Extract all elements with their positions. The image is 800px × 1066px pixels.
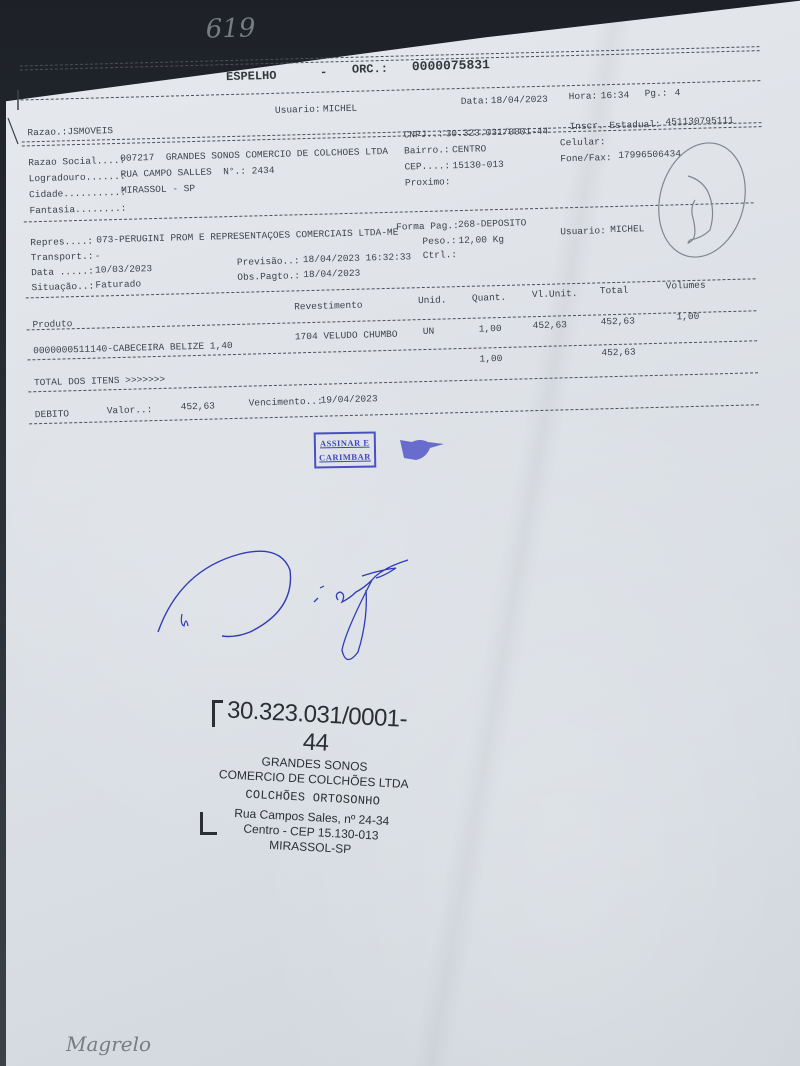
totals-total: 452,63	[601, 346, 635, 358]
inscr-estadual-value: 451130795111	[665, 115, 734, 128]
cnpj-value: 30.323.031/0001-44	[446, 126, 549, 140]
col-revestimento: Revestimento	[294, 300, 363, 313]
payment-type: DEBITO	[35, 408, 69, 420]
margin-pen-mark	[4, 88, 28, 148]
table-header-rule	[27, 310, 757, 330]
inscr-estadual-label: Inscr. Estadual:	[569, 119, 660, 132]
previsao-label: Previsão..:	[237, 255, 300, 268]
col-unid: Unid.	[418, 294, 447, 306]
stamp-cnpj: 30.323.031/0001-44	[215, 696, 418, 762]
cnpj-label: CNPJ..:	[404, 128, 444, 140]
col-vl-unit: Vl.Unit.	[532, 288, 578, 300]
col-total: Total	[600, 285, 629, 297]
vencimento-value: 19/04/2023	[320, 393, 377, 405]
usuario-value: MICHEL	[323, 103, 357, 115]
handwritten-number: 619	[205, 13, 255, 44]
cell-volumes: 1,00	[676, 311, 699, 323]
cell-total: 452,63	[600, 315, 634, 327]
transport-value: -	[95, 250, 101, 261]
celular-label: Celular:	[560, 136, 606, 148]
order-usuario-value: MICHEL	[610, 223, 644, 235]
cell-revestimento: 1704 VELUDO CHUMBO	[295, 329, 398, 343]
printed-document: 619 ESPELHO - ORC.: 0000075831 Usuario: …	[0, 0, 800, 1066]
cell-vl-unit: 452,63	[533, 319, 567, 331]
situacao-value: Faturado	[95, 278, 141, 290]
hora-value: 16:34	[601, 90, 630, 102]
company-stamp: 30.323.031/0001-44 GRANDES SONOS COMERCI…	[210, 696, 418, 860]
bairro-label: Bairro.:	[404, 144, 450, 156]
assinar-carimbar-stamp: ASSINAR E CARIMBAR	[314, 431, 376, 468]
data-label: Data:	[461, 95, 490, 107]
cep-value: 15130-013	[452, 159, 504, 171]
bairro-value: CENTRO	[452, 143, 486, 155]
stamp-line-1: ASSINAR E	[319, 436, 371, 451]
order-data-label: Data .....:	[31, 266, 94, 279]
peso-label: Peso.:	[422, 235, 456, 247]
order-data-value: 10/03/2023	[95, 263, 152, 275]
cidade-label: Cidade..........:	[29, 187, 126, 201]
pg-value: 4	[675, 87, 681, 98]
previsao-value: 18/04/2023 16:32:33	[303, 251, 412, 265]
cell-quant: 1,00	[479, 323, 502, 335]
valor-label: Valor..:	[107, 404, 153, 416]
handwritten-note-bottom: Magrelo	[66, 1032, 151, 1056]
fantasia-label: Fantasia........:	[29, 203, 126, 217]
razao-social-value: 007217 GRANDES SONOS COMERCIO DE COLCHOE…	[120, 146, 388, 164]
cidade-value: MIRASSOL - SP	[121, 183, 195, 196]
proximo-label: Proximo:	[405, 176, 451, 188]
repres-label: Repres....:	[30, 236, 93, 249]
order-rule	[24, 202, 754, 222]
stamp-pointer-icon	[398, 436, 448, 466]
usuario-label: Usuario:	[275, 104, 321, 116]
logradouro-label: Logradouro......:	[29, 171, 126, 185]
forma-pag-label: Forma Pag.:	[396, 220, 459, 233]
orc-label: ORC.:	[352, 62, 388, 77]
obs-pagto-label: Obs.Pagto.:	[237, 270, 300, 283]
logradouro-value: RUA CAMPO SALLES N°.: 2434	[120, 165, 274, 180]
handwritten-circle-mark: D	[650, 130, 760, 260]
signature: Diego	[150, 540, 430, 670]
cell-unid: UN	[423, 326, 435, 337]
razao-social-label: Razao Social....:	[28, 155, 125, 169]
ctrl-label: Ctrl.:	[423, 249, 457, 261]
repres-value: 073-PERUGINI PROM E REPRESENTAÇOES COMER…	[96, 227, 398, 246]
stamp-line-2: CARIMBAR	[319, 450, 371, 465]
transport-label: Transport.:	[31, 251, 94, 264]
obs-pagto-value: 18/04/2023	[303, 268, 360, 280]
pg-label: Pg.:	[645, 88, 668, 100]
col-volumes: Volumes	[666, 280, 706, 292]
peso-value: 12,00 Kg	[458, 234, 504, 246]
col-quant: Quant.	[472, 292, 506, 304]
situacao-label: Situação..:	[31, 281, 94, 294]
order-usuario-label: Usuario:	[560, 225, 606, 237]
forma-pag-value: 268-DEPOSITO	[458, 217, 527, 230]
razao-label: Razao.:	[27, 126, 67, 138]
vencimento-label: Vencimento..:	[248, 396, 322, 409]
data-value: 18/04/2023	[491, 94, 548, 106]
cep-label: CEP....:	[404, 160, 450, 172]
hora-label: Hora:	[569, 90, 598, 102]
top-double-rule	[20, 46, 760, 70]
document-type: ESPELHO	[226, 69, 277, 84]
totals-label: TOTAL DOS ITENS >>>>>>>	[34, 374, 165, 388]
fone-label: Fone/Fax:	[560, 152, 612, 164]
razao-value: JSMOVEIS	[67, 125, 113, 137]
valor-value: 452,63	[181, 401, 215, 413]
totals-quant: 1,00	[479, 353, 502, 365]
orc-number: 0000075831	[412, 57, 490, 74]
title-separator: -	[320, 65, 328, 79]
